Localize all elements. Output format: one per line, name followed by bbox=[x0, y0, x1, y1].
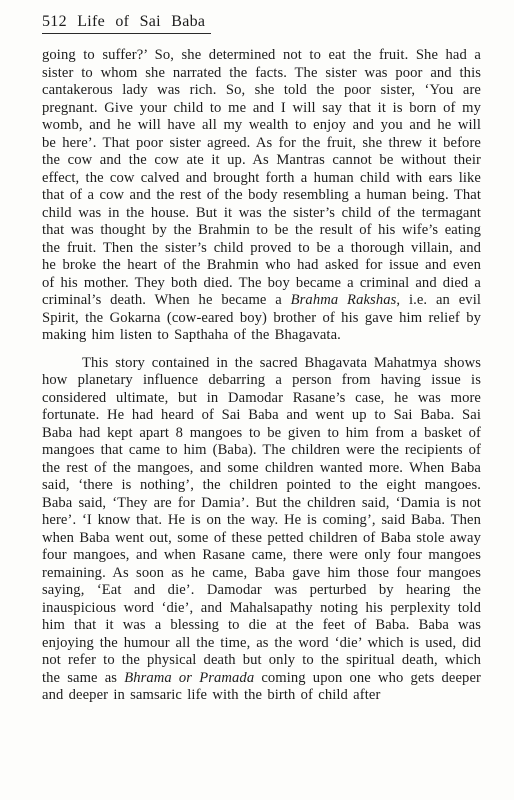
paragraph: going to suffer?’ So, she determined not… bbox=[42, 47, 481, 345]
italic-phrase: Bhrama or Pramada bbox=[124, 670, 254, 686]
page-content: 512 Life of Sai Baba going to suffer?’ S… bbox=[0, 0, 514, 705]
running-header: 512 Life of Sai Baba bbox=[42, 13, 211, 34]
text-run: going to suffer?’ So, she determined not… bbox=[42, 47, 481, 308]
italic-phrase: Brahma Rakshas bbox=[291, 292, 397, 308]
page-body: going to suffer?’ So, she determined not… bbox=[42, 47, 481, 705]
paragraph: This story contained in the sacred Bhaga… bbox=[42, 355, 481, 705]
book-page: 512 Life of Sai Baba going to suffer?’ S… bbox=[0, 0, 514, 800]
text-run: This story contained in the sacred Bhaga… bbox=[42, 355, 481, 686]
